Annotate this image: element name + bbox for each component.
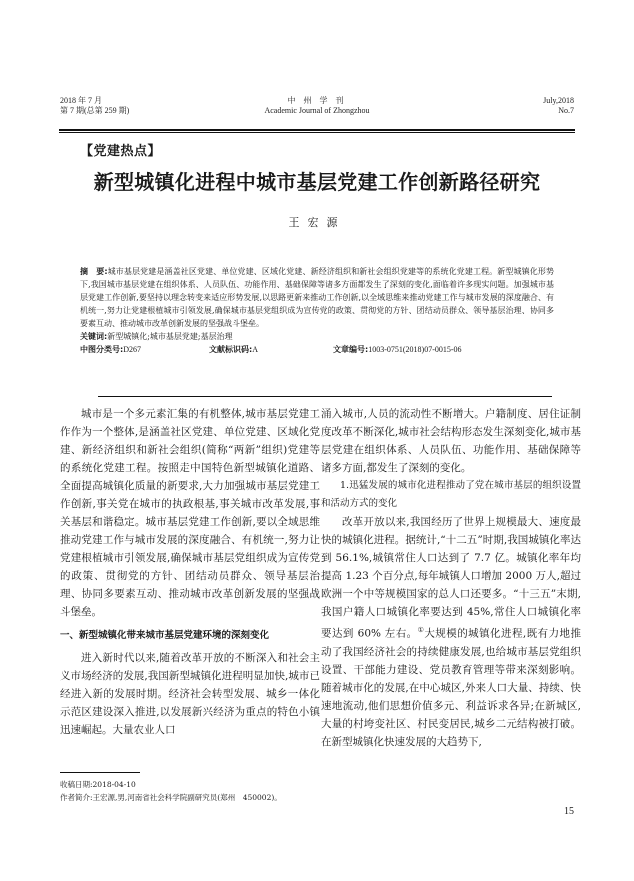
body-column-left: 城市是一个多元素汇集的有机整体,城市基层党建工作作为一个整体,是涵盖社区党建、单… — [60, 405, 320, 739]
clc-label: 中图分类号: — [80, 345, 123, 354]
author-bio: 作者简介:王宏源,男,河南省社会科学院副研究员(郑州 450002)。 — [60, 791, 282, 804]
header-issue-info: 2018 年 7 月 第 7 期(总第 259 期) — [60, 96, 129, 116]
article-no-value: 1003-0751(2018)07-0015-06 — [368, 345, 461, 354]
header-rule-thin — [59, 132, 575, 133]
abstract-text: 城市基层党建是涵盖社区党建、单位党建、区域化党建、新经济组织和新社会组织党建等的… — [80, 267, 554, 328]
body-column-right: 涌入城市,人员的流动性不断增大。户籍制度、居住证制度改革不断深化,城市社会结构形… — [321, 405, 581, 751]
article-no: 文章编号:1003-0751(2018)07-0015-06 — [333, 343, 462, 356]
footnotes: 收稿日期:2018-04-10 作者简介:王宏源,男,河南省社会科学院副研究员(… — [60, 778, 282, 804]
body-paragraph: 改革开放以来,我国经历了世界上规模最大、速度最快的城镇化进程。据统计,“十二五”… — [321, 513, 581, 751]
keywords-label: 关键词: — [80, 332, 107, 341]
journal-name-en: Academic Journal of Zhongzhou — [217, 106, 417, 116]
abstract-rule — [98, 396, 552, 397]
article-title: 新型城镇化进程中城市基层党建工作创新路径研究 — [0, 166, 634, 195]
classification-line: 中图分类号:D267 文献标识码:A 文章编号:1003-0751(2018)0… — [80, 343, 554, 356]
doc-code: 文献标识码:A — [209, 343, 258, 356]
article-author: 王宏源 — [0, 214, 634, 230]
page-number: 15 — [564, 806, 574, 817]
keywords-text: 新型城镇化;城市基层党建;基层治理 — [107, 332, 232, 341]
header-no-en: No.7 — [543, 106, 574, 116]
article-no-label: 文章编号: — [333, 345, 368, 354]
column-tag: 【党建热点】 — [80, 140, 161, 159]
body-paragraph: 城市是一个多元素汇集的有机整体,城市基层党建工作作为一个整体,是涵盖社区党建、单… — [60, 405, 320, 621]
section-heading: 一、新型城镇化带来城市基层党建环境的深刻变化 — [60, 627, 320, 645]
journal-name-cn: 中 州 学 刊 — [217, 96, 417, 106]
doc-code-value: A — [252, 345, 258, 354]
clc: 中图分类号:D267 — [80, 343, 141, 356]
header-journal: 中 州 学 刊 Academic Journal of Zhongzhou — [217, 96, 417, 116]
abstract: 摘 要:城市基层党建是涵盖社区党建、单位党建、区域化党建、新经济组织和新社会组织… — [80, 265, 554, 330]
header-issue: 第 7 期(总第 259 期) — [60, 106, 129, 116]
body-paragraph: 涌入城市,人员的流动性不断增大。户籍制度、居住证制度改革不断深化,城市社会结构形… — [321, 405, 581, 477]
header-rule-thick — [59, 129, 575, 131]
doc-code-label: 文献标识码: — [209, 345, 252, 354]
header-date-en: July,2018 — [543, 96, 574, 106]
clc-value: D267 — [123, 345, 141, 354]
subsection-heading: 1.迅猛发展的城市化进程推动了党在城市基层的组织设置和活动方式的变化 — [321, 477, 581, 513]
body-text: 改革开放以来,我国经历了世界上规模最大、速度最快的城镇化进程。据统计,“十二五”… — [321, 516, 581, 640]
body-paragraph: 进入新时代以来,随着改革开放的不断深入和社会主义市场经济的发展,我国新型城镇化进… — [60, 649, 320, 739]
footnote-rule — [60, 772, 140, 773]
keywords: 关键词:新型城镇化;城市基层党建;基层治理 — [80, 330, 554, 343]
header-date: 2018 年 7 月 — [60, 96, 129, 106]
body-text: 大规模的城镇化进程,既有力地推动了我国经济社会的持续健康发展,也给城市基层党组织… — [321, 628, 581, 748]
received-date: 收稿日期:2018-04-10 — [60, 778, 282, 791]
header-issue-en: July,2018 No.7 — [543, 96, 574, 116]
abstract-label: 摘 要: — [80, 267, 108, 276]
abstract-block: 摘 要:城市基层党建是涵盖社区党建、单位党建、区域化党建、新经济组织和新社会组织… — [80, 265, 554, 356]
